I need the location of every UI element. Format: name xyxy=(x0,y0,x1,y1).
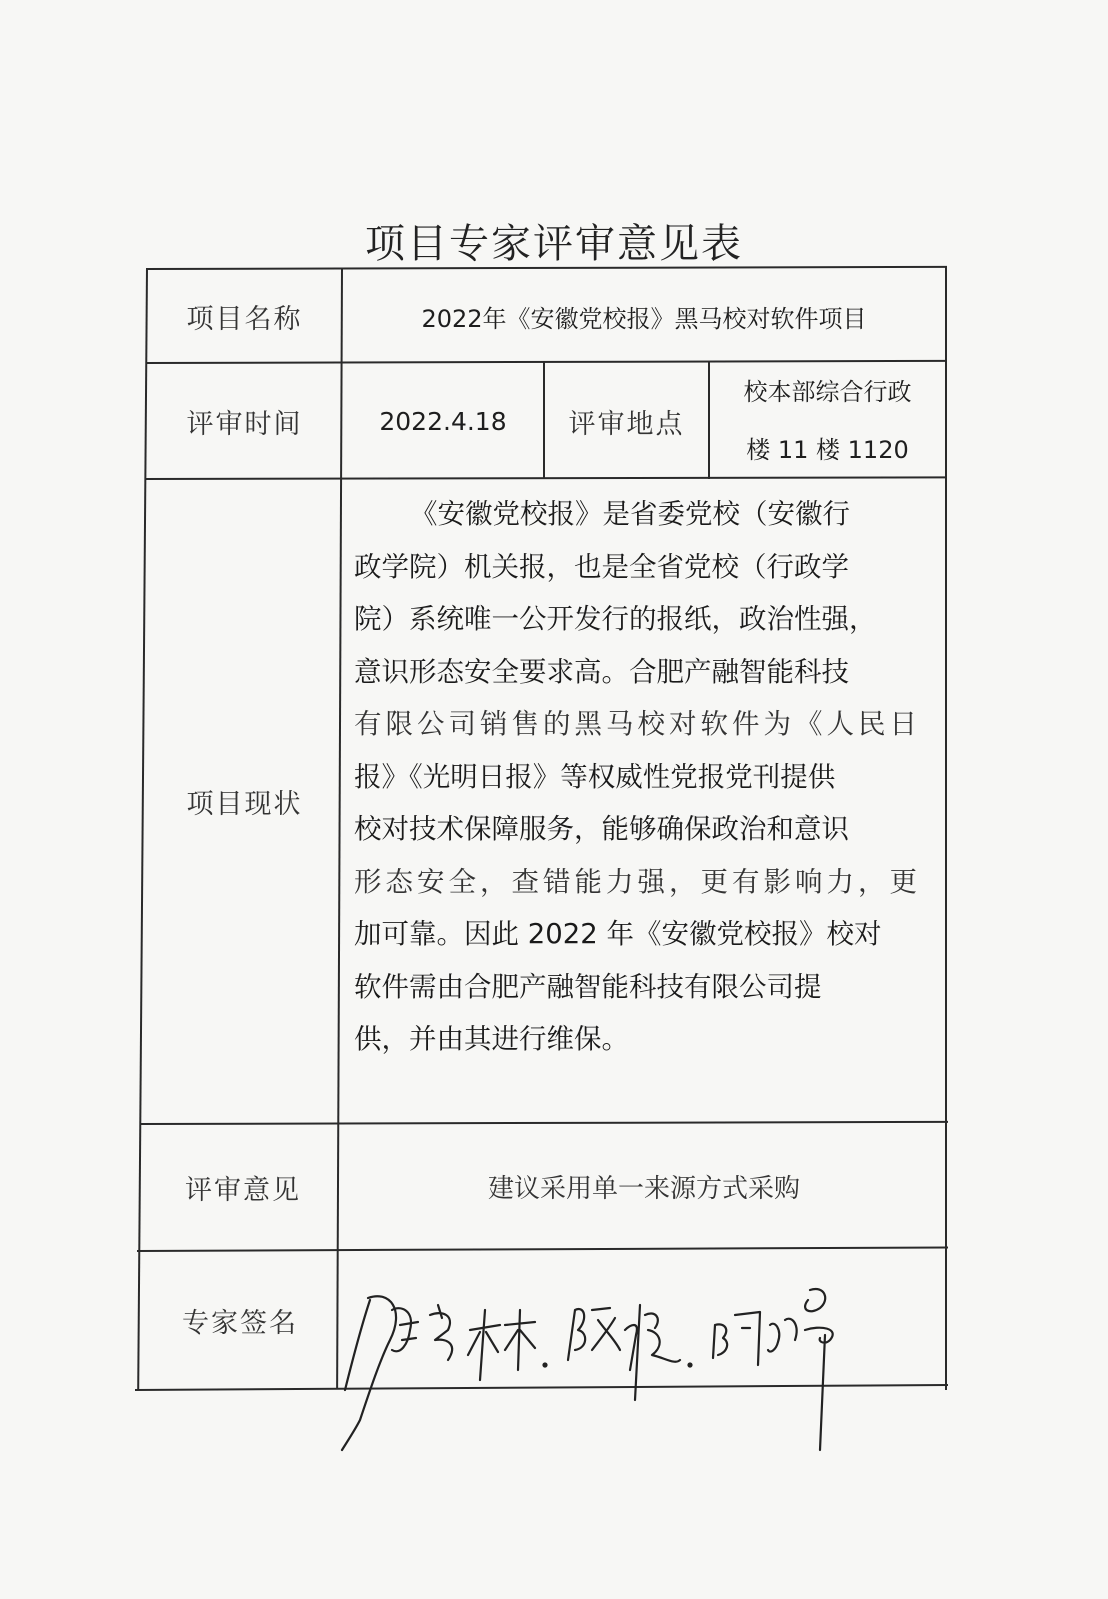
status-line: 有限公司销售的黑马校对软件为《人民日 xyxy=(354,698,940,751)
review-time-value: 2022.4.18 xyxy=(343,364,543,478)
review-location-label: 评审地点 xyxy=(545,364,708,478)
status-line: 校对技术保障服务，能够确保政治和意识 xyxy=(354,803,940,856)
project-name-value: 2022年《安徽党校报》黑马校对软件项目 xyxy=(343,270,945,362)
status-line: 院）系统唯一公开发行的报纸，政治性强， xyxy=(354,593,940,646)
status-line: 意识形态安全要求高。合肥产融智能科技 xyxy=(354,646,940,699)
status-line: 《安徽党校报》是省委党校（安徽行 xyxy=(354,488,940,541)
project-status-label: 项目现状 xyxy=(148,480,341,1123)
project-name-label: 项目名称 xyxy=(148,270,341,362)
status-line: 软件需由合肥产融智能科技有限公司提 xyxy=(354,961,940,1014)
status-line: 政学院）机关报，也是全省党校（行政学 xyxy=(354,541,940,594)
review-location-line1: 校本部综合行政 xyxy=(744,363,912,421)
border-right xyxy=(945,266,947,1390)
status-line: 报》《光明日报》等权威性党报党刊提供 xyxy=(354,751,940,804)
review-opinion-label: 评审意见 xyxy=(145,1125,341,1250)
review-opinion-value: 建议采用单一来源方式采购 xyxy=(343,1125,945,1247)
handwritten-signatures xyxy=(330,1270,930,1460)
status-line: 供，并由其进行维保。 xyxy=(354,1013,940,1066)
status-line: 加可靠。因此 2022 年《安徽党校报》校对 xyxy=(354,908,940,961)
review-location-line2: 楼 11 楼 1120 xyxy=(746,421,909,479)
document-title: 项目专家评审意见表 xyxy=(0,212,1108,269)
project-status-text: 《安徽党校报》是省委党校（安徽行 政学院）机关报，也是全省党校（行政学 院）系统… xyxy=(354,488,940,1066)
review-location-value: 校本部综合行政 楼 11 楼 1120 xyxy=(710,364,945,478)
review-time-label: 评审时间 xyxy=(148,364,341,478)
status-line: 形态安全，查错能力强，更有影响力，更 xyxy=(354,856,940,909)
expert-signature-label: 专家签名 xyxy=(140,1252,340,1388)
